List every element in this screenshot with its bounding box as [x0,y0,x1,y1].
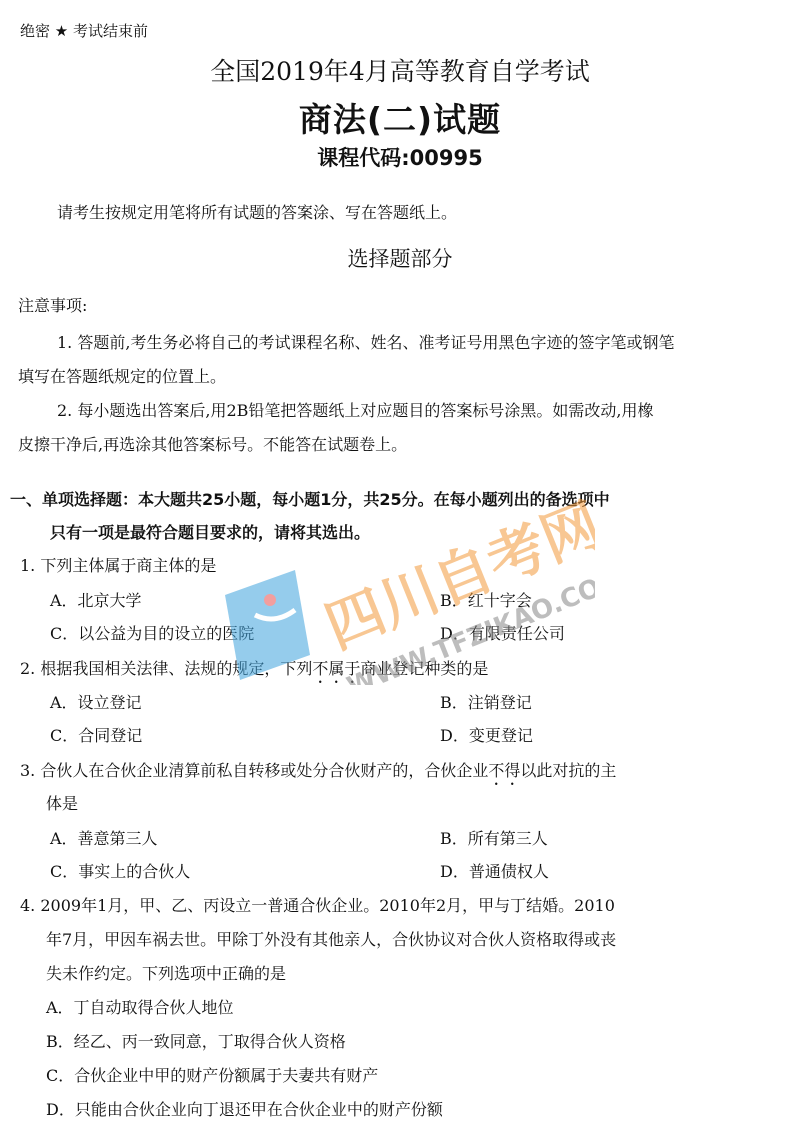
option-b: B．红十字会 [440,588,532,611]
option-a: A．丁自动取得合伙人地位 [46,995,234,1018]
question-stem-continued: 失未作约定。下列选项中正确的是 [46,961,286,984]
option-d: D．有限责任公司 [440,621,565,644]
emphasized-text: 不得 [488,761,520,780]
option-c: C．事实上的合伙人 [50,859,190,882]
option-b: B．注销登记 [440,690,532,713]
stem-text: 3. 合伙人在合伙企业清算前私自转移或处分合伙财产的，合伙企业 [20,761,488,780]
question-stem: 1. 下列主体属于商主体的是 [20,553,216,576]
option-d: D．普通债权人 [440,859,549,882]
notice-item-2-line1: 2. 每小题选出答案后,用2B铅笔把答题纸上对应题目的答案标号涂黑。如需改动,用… [57,398,653,421]
option-a: A．善意第三人 [50,826,158,849]
option-b: B．所有第三人 [440,826,548,849]
question-stem: 2. 根据我国相关法律、法规的规定，下列不属于商业登记种类的是 [20,656,488,687]
stem-text: 商业登记种类的是 [360,659,488,678]
option-d: D．变更登记 [440,723,533,746]
option-c: C．以公益为目的设立的医院 [50,621,254,644]
notice-heading: 注意事项: [18,293,87,316]
option-c: C．合同登记 [50,723,142,746]
confidential-label: 绝密 ★ 考试结束前 [20,20,148,41]
stem-text: 2. 根据我国相关法律、法规的规定，下列 [20,659,312,678]
exam-title: 全国2019年4月高等教育自学考试 [0,52,800,88]
section-title: 选择题部分 [0,243,800,273]
question-stem-continued: 年7月，甲因车祸去世。甲除丁外没有其他亲人，合伙协议对合伙人资格取得或丧 [46,927,616,950]
question-stem: 3. 合伙人在合伙企业清算前私自转移或处分合伙财产的，合伙企业不得以此对抗的主 [20,758,616,789]
option-c: C．合伙企业中甲的财产份额属于夫妻共有财产 [46,1063,378,1086]
answer-instruction: 请考生按规定用笔将所有试题的答案涂、写在答题纸上。 [57,200,457,223]
option-b: B．经乙、丙一致同意，丁取得合伙人资格 [46,1029,346,1052]
option-a: A．北京大学 [50,588,142,611]
part-one-heading-line2: 只有一项是最符合题目要求的，请将其选出。 [50,520,370,543]
subject-title: 商法(二)试题 [0,94,800,141]
part-one-heading-line1: 一、单项选择题：本大题共25小题，每小题1分，共25分。在每小题列出的备选项中 [10,487,610,510]
emphasized-text: 不属于 [312,659,360,678]
option-a: A．设立登记 [50,690,142,713]
notice-item-1-line1: 1. 答题前,考生务必将自己的考试课程名称、姓名、准考证号用黑色字迹的签字笔或钢… [57,330,674,353]
course-code: 课程代码:00995 [0,142,800,172]
question-stem-continued: 体是 [46,791,78,814]
notice-item-1-line2: 填写在答题纸规定的位置上。 [18,364,226,387]
option-d: D．只能由合伙企业向丁退还甲在合伙企业中的财产份额 [46,1097,443,1120]
notice-item-2-line2: 皮擦干净后,再选涂其他答案标号。不能答在试题卷上。 [18,432,407,455]
stem-text: 以此对抗的主 [520,761,616,780]
question-stem: 4. 2009年1月，甲、乙、丙设立一普通合伙企业。2010年2月，甲与丁结婚。… [20,893,615,916]
